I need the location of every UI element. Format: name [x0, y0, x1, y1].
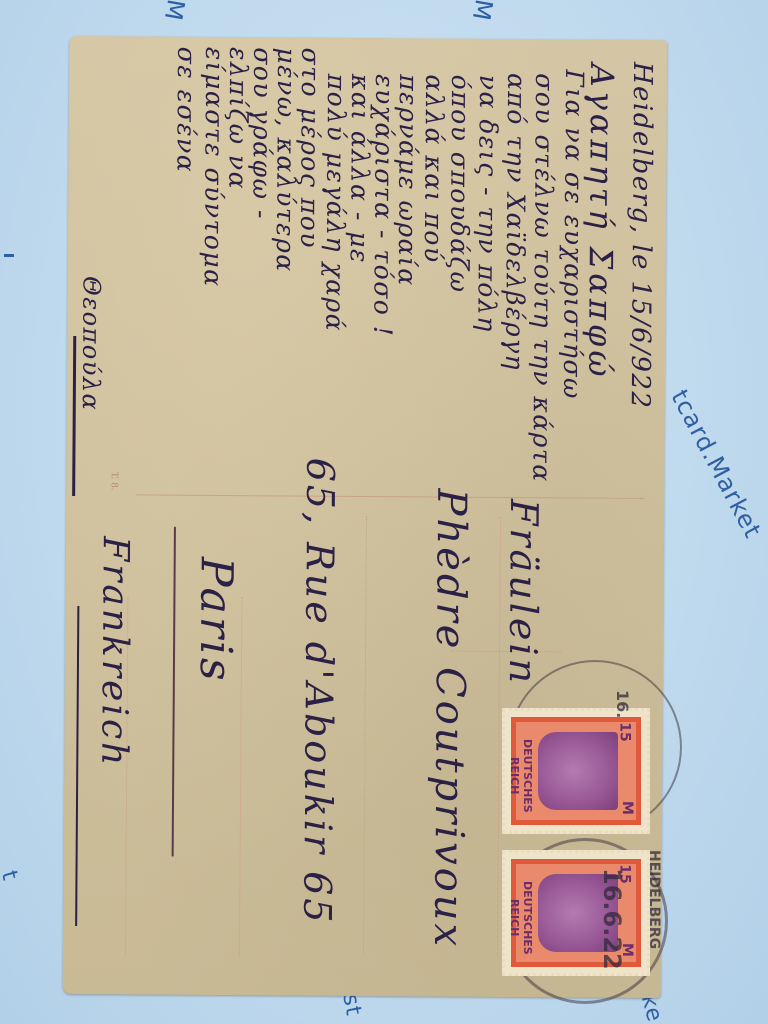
printer-mark: T. 8. [109, 472, 119, 491]
watermark-fragment-left: t [0, 868, 22, 884]
postmark-fragment: 16. [613, 690, 632, 718]
message-line-4: από την Χαϊδελβέργη [500, 73, 531, 371]
address-country: Frankreich [93, 536, 136, 768]
divider-line [136, 494, 644, 499]
message-line-16: είμαστε σύντομα [199, 47, 230, 288]
postmark-date: 16.6.22 [598, 868, 626, 970]
watermark-fragment-right: tcard.Market [665, 385, 767, 543]
stamp-1-germania-portrait [538, 732, 618, 810]
stamp-1: DEUTSCHES REICH 15 M [502, 708, 650, 834]
address-rule-1 [497, 517, 501, 957]
address-line-1: Fräulein [501, 499, 546, 686]
message-line-17: σε εσένα [171, 47, 201, 174]
watermark-fragment-left-mid [4, 254, 14, 257]
message-line-5: να δεις - την πόλη [472, 75, 503, 333]
address-line-4: Paris [190, 557, 242, 684]
stamp-2-country: DEUTSCHES REICH [518, 868, 534, 968]
address-rule-2 [363, 516, 367, 956]
stamp-2: DEUTSCHES REICH 15 M [502, 850, 650, 976]
stamp-1-unit: M [619, 801, 635, 815]
signature-underline [72, 336, 76, 496]
address-line-2: Phèdre Coutprivoux [425, 488, 474, 949]
message-line-2: Για να σε ευχαριστήσω [558, 69, 589, 400]
watermark-fragment-top-center: M [467, 0, 498, 23]
message-line-3: σου στέλνω τούτη την κάρτα [527, 73, 559, 483]
address-line-3: 65, Rue d'Aboukir 65 [295, 458, 342, 926]
message-line-6: όπου σπουδάζω [445, 75, 476, 294]
stamp-1-value: 15 [616, 722, 632, 741]
address-bracket [172, 527, 176, 857]
stamp-1-country: DEUTSCHES REICH [518, 726, 534, 826]
country-underline [75, 606, 79, 926]
message-line-11: πολύ μεγάλη χαρά [320, 74, 351, 333]
message-line-7: αλλά και πού [419, 74, 449, 263]
postmark-town: HEIDELBERG [646, 850, 662, 949]
dateline: Heidelberg, le 15/6/922 [625, 62, 657, 410]
signature: Θεοπούλα [77, 276, 106, 411]
watermark-fragment-top-left: M [159, 0, 190, 23]
